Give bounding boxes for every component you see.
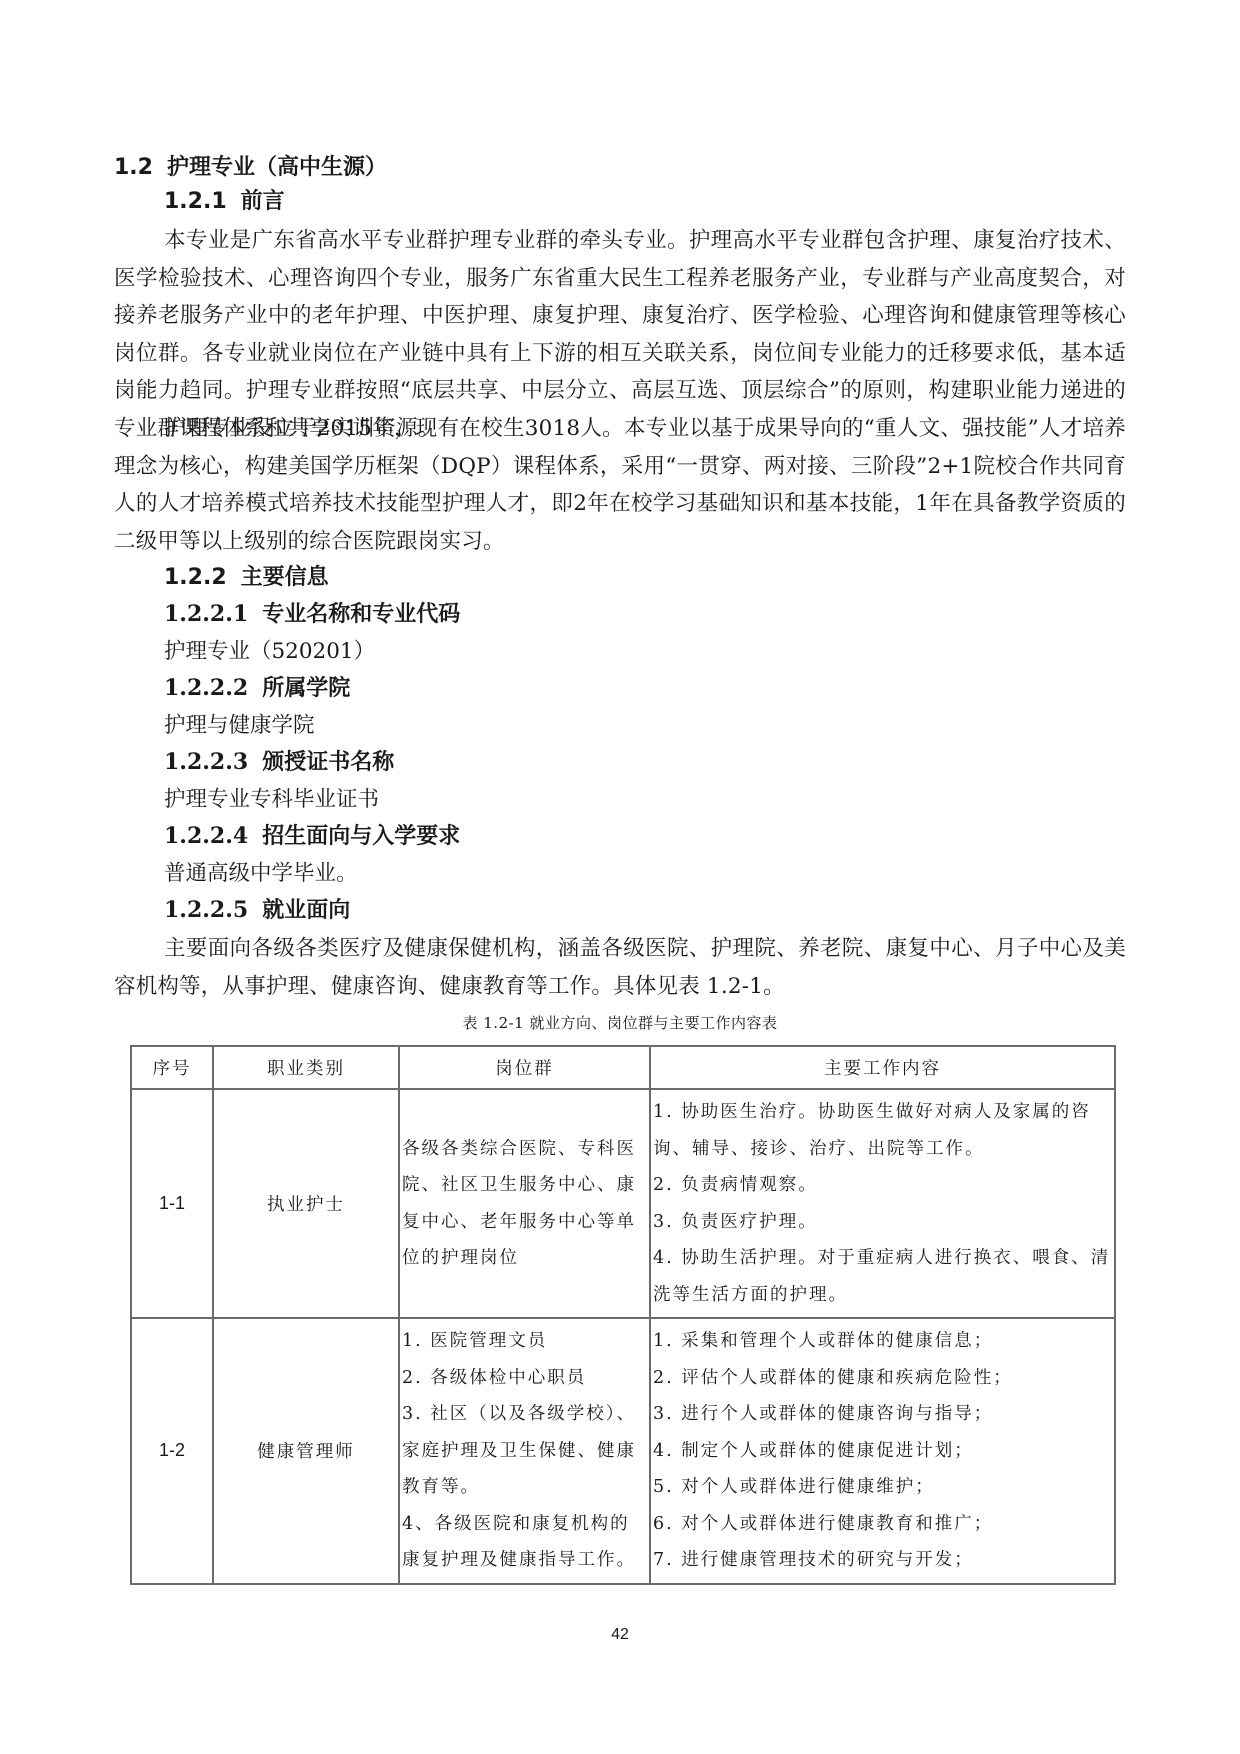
row-category: 健康管理师 — [213, 1318, 399, 1584]
subsection-title: 所属学院 — [262, 675, 350, 701]
document-page: 1.2护理专业（高中生源） 1.2.1前言 本专业是广东省高水平专业群护理专业群… — [0, 0, 1240, 1754]
section-heading: 1.2护理专业（高中生源） — [114, 152, 387, 184]
row-duties: 1. 协助医生治疗。协助医生做好对病人及家属的咨询、辅导、接诊、治疗、出院等工作… — [650, 1089, 1115, 1318]
admission-requirement: 普通高级中学毕业。 — [164, 858, 358, 890]
header-category: 职业类别 — [213, 1046, 399, 1089]
group-item: 3. 社区（以及各级学校）、家庭护理及卫生保健、健康教育等。 — [402, 1396, 647, 1506]
duty-item: 3. 负责医疗护理。 — [653, 1204, 1112, 1241]
preface-title: 前言 — [241, 189, 285, 214]
subsection-title: 专业名称和专业代码 — [262, 601, 460, 627]
subsection-heading-2: 1.2.2.2所属学院 — [164, 672, 350, 704]
subsection-title: 就业面向 — [262, 897, 350, 923]
duty-item: 6. 对个人或群体进行健康教育和推广； — [653, 1506, 1112, 1543]
subsection-heading-1: 1.2.2.1专业名称和专业代码 — [164, 598, 460, 630]
certificate-name: 护理专业专科毕业证书 — [164, 784, 379, 816]
subsection-number: 1.2.2.3 — [164, 746, 248, 778]
group-item: 4、各级医院和康复机构的康复护理及健康指导工作。 — [402, 1506, 647, 1579]
employment-paragraph: 主要面向各级各类医疗及健康保健机构，涵盖各级医院、护理院、养老院、康复中心、月子… — [114, 930, 1126, 1005]
subsection-title: 颁授证书名称 — [262, 749, 394, 775]
subsection-number: 1.2.2.4 — [164, 820, 248, 852]
duty-item: 5. 对个人或群体进行健康维护； — [653, 1469, 1112, 1506]
duty-item: 2. 评估个人或群体的健康和疾病危险性； — [653, 1360, 1112, 1397]
duty-item: 2. 负责病情观察。 — [653, 1167, 1112, 1204]
table-caption: 表 1.2-1 就业方向、岗位群与主要工作内容表 — [0, 1013, 1240, 1033]
row-duties: 1. 采集和管理个人或群体的健康信息； 2. 评估个人或群体的健康和疾病危险性；… — [650, 1318, 1115, 1584]
group-item: 2. 各级体检中心职员 — [402, 1360, 647, 1397]
row-no: 1-1 — [131, 1089, 213, 1318]
college-name: 护理与健康学院 — [164, 710, 315, 742]
duty-item: 1. 协助医生治疗。协助医生做好对病人及家属的咨询、辅导、接诊、治疗、出院等工作… — [653, 1094, 1112, 1167]
subsection-number: 1.2.2.2 — [164, 672, 248, 704]
preface-paragraph-2: 护理专业设立于2015年，现有在校生3018人。本专业以基于成果导向的“重人文、… — [114, 410, 1126, 560]
table-row: 1-2 健康管理师 1. 医院管理文员 2. 各级体检中心职员 3. 社区（以及… — [131, 1318, 1115, 1584]
subsection-heading-3: 1.2.2.3颁授证书名称 — [164, 746, 394, 778]
main-info-title: 主要信息 — [241, 565, 329, 590]
row-category: 执业护士 — [213, 1089, 399, 1318]
subsection-heading-4: 1.2.2.4招生面向与入学要求 — [164, 820, 460, 852]
employment-table: 序号 职业类别 岗位群 主要工作内容 1-1 执业护士 各级各类综合医院、专科医… — [130, 1045, 1116, 1585]
table-row: 1-1 执业护士 各级各类综合医院、专科医院、社区卫生服务中心、康复中心、老年服… — [131, 1089, 1115, 1318]
header-groups: 岗位群 — [399, 1046, 650, 1089]
major-name-code: 护理专业（520201） — [164, 636, 375, 668]
section-title: 护理专业（高中生源） — [167, 155, 387, 180]
main-info-heading: 1.2.2主要信息 — [164, 562, 329, 594]
section-number: 1.2 — [114, 152, 153, 184]
page-number: 42 — [0, 1626, 1240, 1644]
main-info-number: 1.2.2 — [164, 562, 227, 594]
duty-item: 4. 协助生活护理。对于重症病人进行换衣、喂食、清洗等生活方面的护理。 — [653, 1240, 1112, 1313]
subsection-number: 1.2.2.1 — [164, 598, 248, 630]
group-item: 各级各类综合医院、专科医院、社区卫生服务中心、康复中心、老年服务中心等单位的护理… — [402, 1131, 647, 1277]
group-item: 1. 医院管理文员 — [402, 1323, 647, 1360]
row-groups: 1. 医院管理文员 2. 各级体检中心职员 3. 社区（以及各级学校）、家庭护理… — [399, 1318, 650, 1584]
duty-item: 4. 制定个人或群体的健康促进计划； — [653, 1433, 1112, 1470]
preface-heading: 1.2.1前言 — [164, 186, 285, 218]
duty-item: 1. 采集和管理个人或群体的健康信息； — [653, 1323, 1112, 1360]
duty-item: 7. 进行健康管理技术的研究与开发； — [653, 1542, 1112, 1579]
subsection-number: 1.2.2.5 — [164, 894, 248, 926]
header-duties: 主要工作内容 — [650, 1046, 1115, 1089]
subsection-title: 招生面向与入学要求 — [262, 823, 460, 849]
duty-item: 3. 进行个人或群体的健康咨询与指导； — [653, 1396, 1112, 1433]
preface-number: 1.2.1 — [164, 186, 227, 218]
table-header-row: 序号 职业类别 岗位群 主要工作内容 — [131, 1046, 1115, 1089]
subsection-heading-5: 1.2.2.5就业面向 — [164, 894, 350, 926]
row-no: 1-2 — [131, 1318, 213, 1584]
header-no: 序号 — [131, 1046, 213, 1089]
row-groups: 各级各类综合医院、专科医院、社区卫生服务中心、康复中心、老年服务中心等单位的护理… — [399, 1089, 650, 1318]
